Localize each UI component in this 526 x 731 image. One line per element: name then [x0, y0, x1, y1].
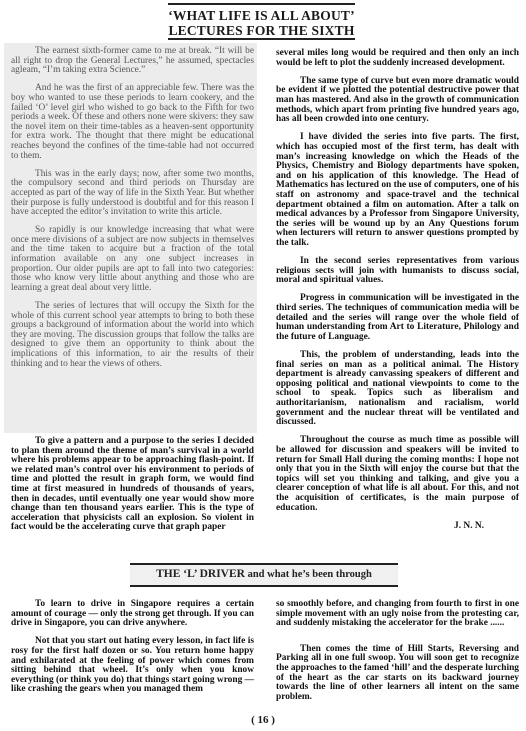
intro-paragraph: So rapidly is our knowledge increasing t…: [11, 226, 254, 293]
driver-left-column: To learn to drive in Singapore requires …: [11, 600, 254, 704]
body-paragraph: Progress in communication will be invest…: [276, 294, 519, 342]
intro-paragraph: The series of lectures that will occupy …: [11, 302, 254, 369]
second-article-title: THE ‘L’ DRIVER and what he’s been throug…: [130, 563, 398, 587]
driver-paragraph: To learn to drive in Singapore requires …: [11, 600, 254, 629]
intro-paragraph: The earnest sixth-former came to me at b…: [11, 47, 254, 76]
author-signature: J. N. N.: [276, 522, 519, 532]
article-title-line-1: ‘WHAT LIFE IS ALL ABOUT’: [168, 8, 355, 23]
body-paragraph: several miles long would be required and…: [276, 49, 519, 68]
driver-paragraph: Then comes the time of Hill Starts, Reve…: [276, 645, 519, 703]
body-paragraph: The same type of curve but even more dra…: [276, 77, 519, 125]
second-title-caps: THE ‘L’ DRIVER: [156, 568, 245, 580]
intro-paragraph: This was in the early days; now, after s…: [11, 170, 254, 218]
body-paragraph: I have divided the series into five part…: [276, 133, 519, 248]
article-title-line-2: LECTURES FOR THE SIXTH: [168, 23, 355, 38]
second-title-rest: and what he’s been through: [245, 569, 372, 580]
body-paragraph: This, the problem of understanding, lead…: [276, 351, 519, 428]
article-title-box: ‘WHAT LIFE IS ALL ABOUT’ LECTURES FOR TH…: [168, 3, 355, 40]
intro-column: The earnest sixth-former came to me at b…: [11, 47, 254, 378]
intro-paragraph: And he was the first of an appreciable f…: [11, 84, 254, 161]
driver-right-column: so smoothly before, and changing from fo…: [276, 600, 519, 711]
body-right-column: several miles long would be required and…: [276, 49, 519, 531]
driver-paragraph: Not that you start out hating every less…: [11, 637, 254, 695]
driver-paragraph: so smoothly before, and changing from fo…: [276, 600, 519, 629]
body-left-column: To give a pattern and a purpose to the s…: [11, 437, 254, 542]
body-paragraph: In the second series representatives fro…: [276, 257, 519, 286]
body-paragraph: To give a pattern and a purpose to the s…: [11, 437, 254, 533]
page-number: ( 16 ): [0, 714, 526, 726]
body-paragraph: Throughout the course as much time as po…: [276, 436, 519, 513]
